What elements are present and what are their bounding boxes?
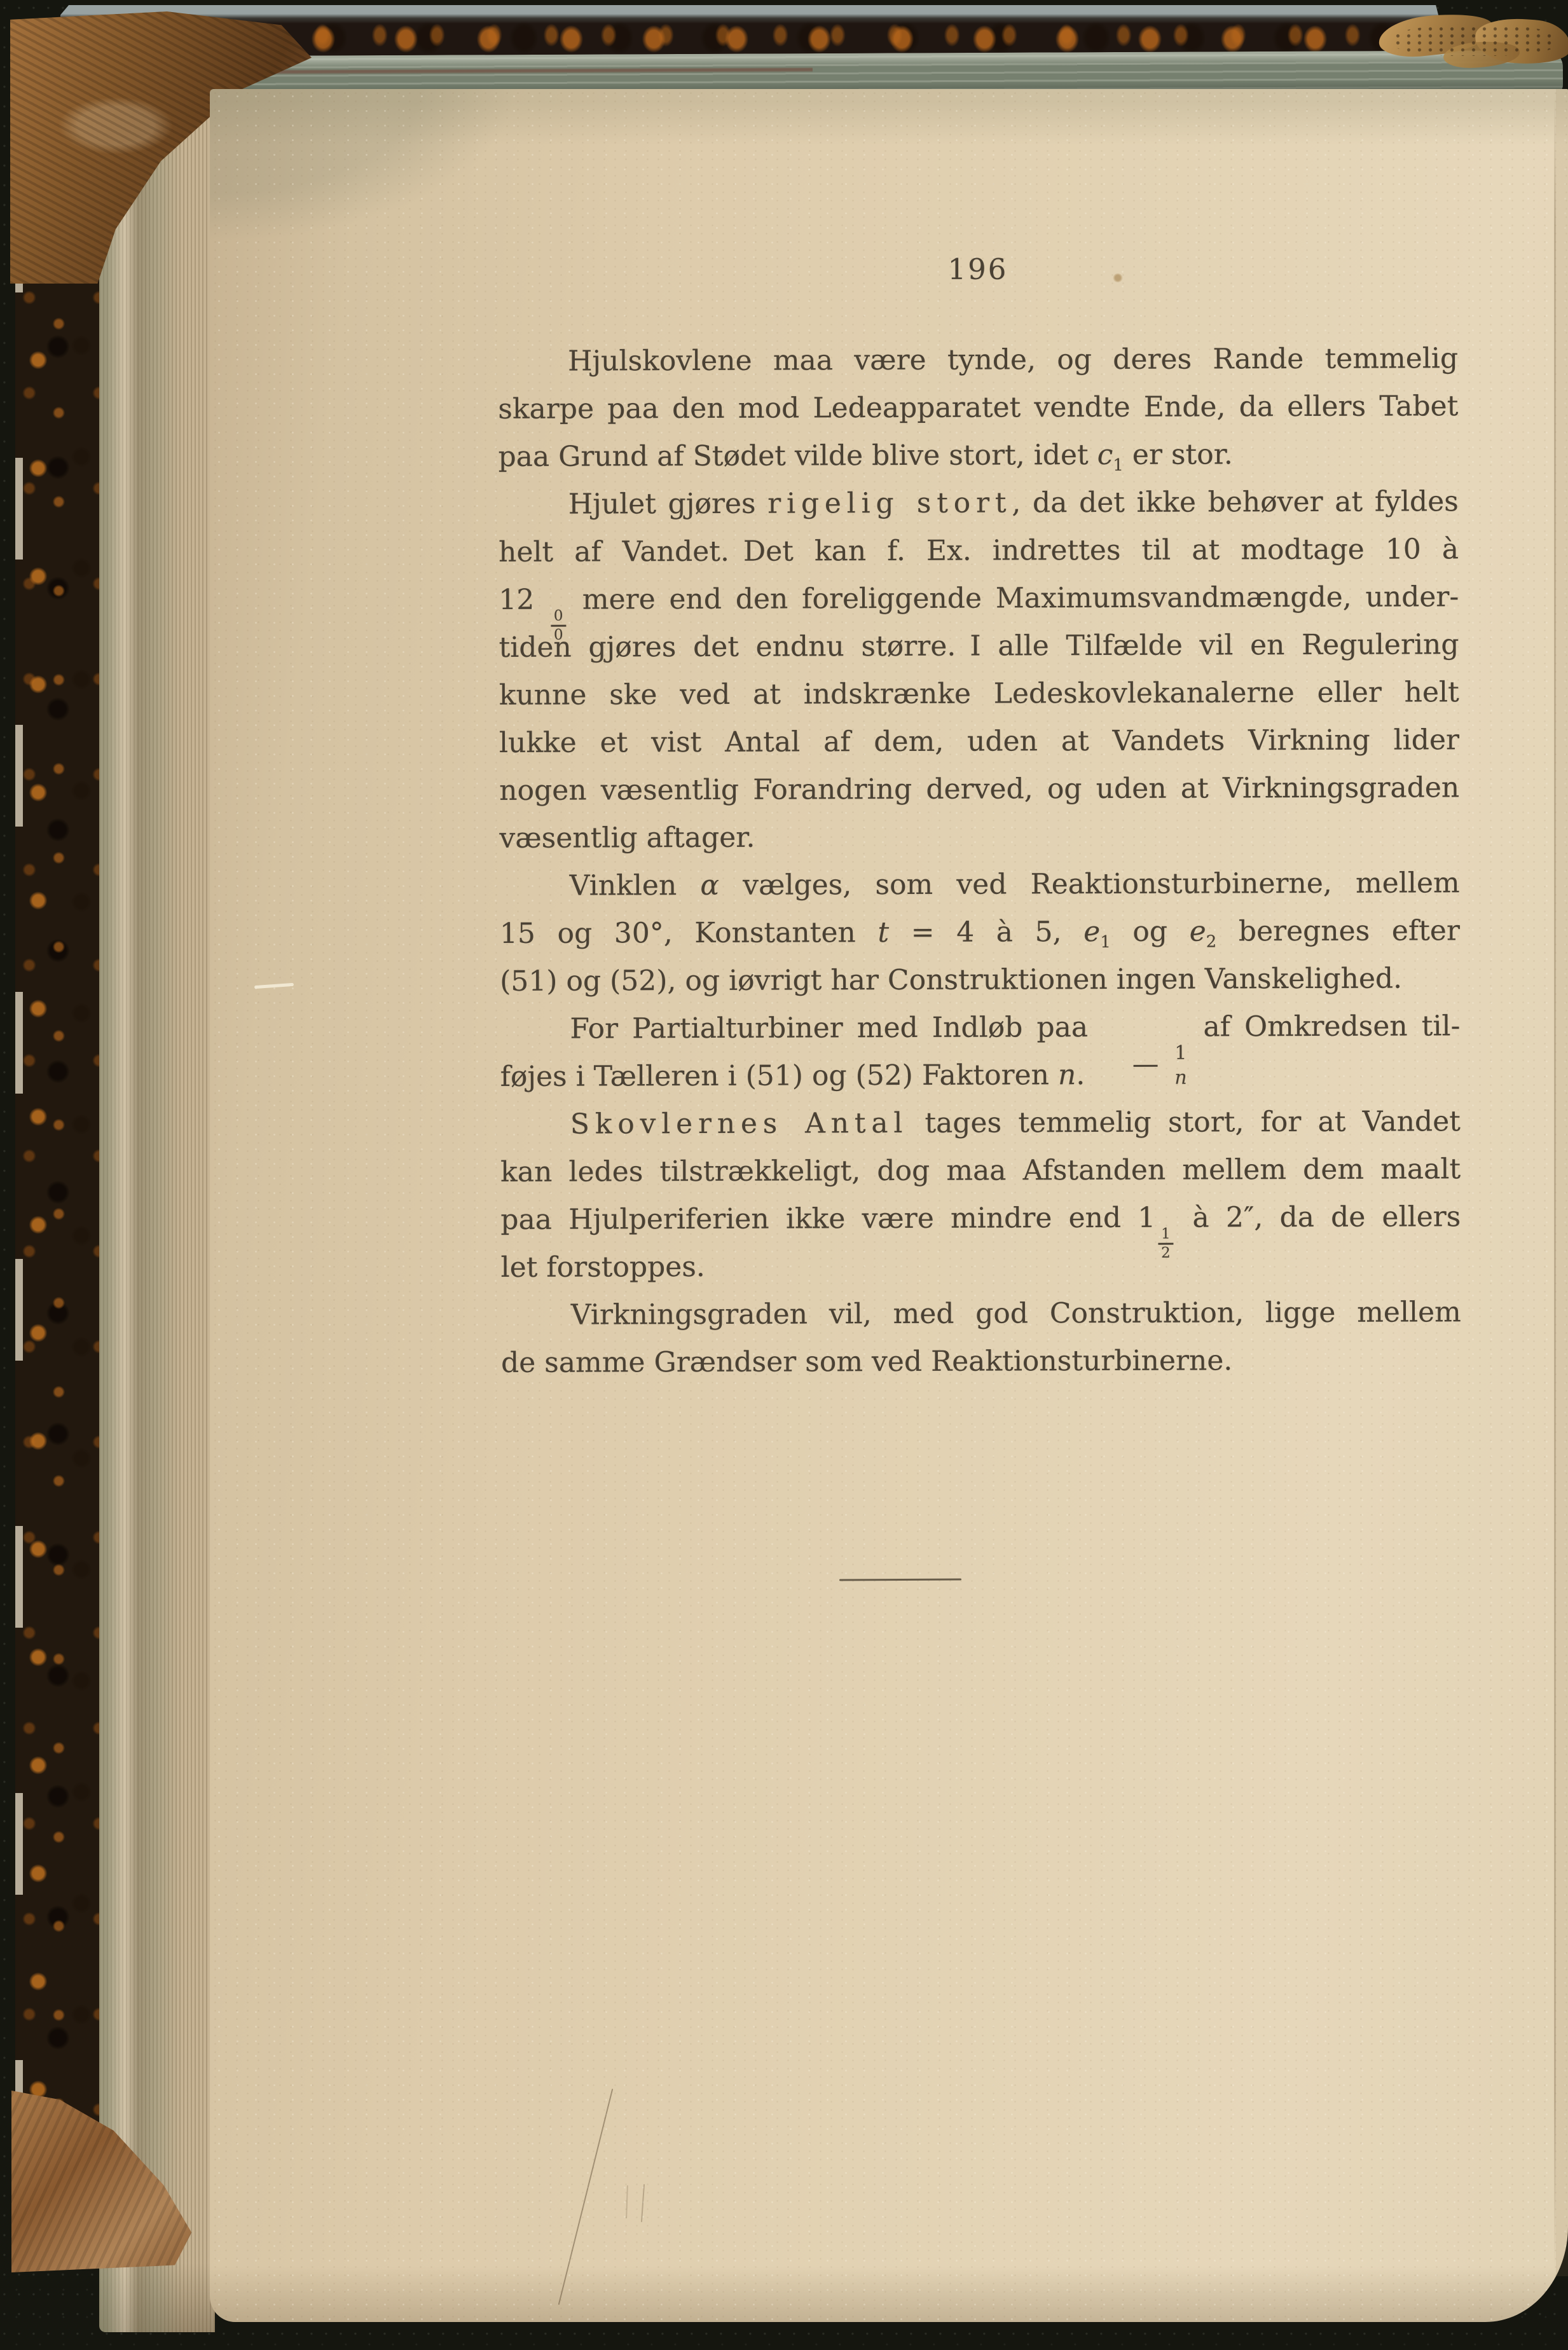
text-segment: tages temmelig stort, for at Vandet <box>908 1105 1461 1139</box>
text-segment: Skovlernes Antal <box>570 1107 909 1141</box>
page-edge-stack <box>99 51 215 2332</box>
text-segment: mere end den foreliggende Maximumsvandmæ… <box>568 581 1459 615</box>
text-segment: (51) og (52), og iøvrigt har Construktio… <box>500 963 1402 998</box>
text-segment: Hjulskovlene maa være tynde, og deres Ra… <box>568 342 1458 377</box>
text-line: Hjulskovlene maa være tynde, og deres Ra… <box>498 334 1458 385</box>
text-line: nogen væsentlig Forandring derved, og ud… <box>499 764 1459 814</box>
text-segment: Hjulet gjøres <box>568 488 768 521</box>
text-segment: beregnes efter <box>1216 914 1460 947</box>
text-segment: helt af Vandet. Det kan f. Ex. indrettes… <box>499 533 1459 568</box>
text-line: (51) og (52), og iøvrigt har Construktio… <box>500 954 1460 1005</box>
marbled-cover-edge <box>15 23 100 2261</box>
stacked-fraction: 12 <box>1158 1227 1173 1261</box>
paper-scratch <box>254 983 294 989</box>
text-segment: For Partialturbiner med Indløb paa <box>570 1011 1102 1045</box>
text-segment: og <box>1111 916 1190 948</box>
text-segment: 15 og 30°, Konstanten <box>500 916 878 950</box>
text-segment: lukke et vist Antal af dem, uden at Vand… <box>499 724 1459 759</box>
text-segment: t <box>877 916 889 949</box>
page-number: 196 <box>498 251 1458 289</box>
text-line: kan ledes tilstrækkeligt, dog maa Afstan… <box>500 1145 1461 1196</box>
text-segment: e <box>1190 916 1206 948</box>
text-segment: nogen væsentlig Forandring derved, og ud… <box>499 771 1459 807</box>
text-segment: de samme Grændser som ved Reaktionsturbi… <box>501 1344 1232 1379</box>
text-segment: Vinklen <box>570 869 701 902</box>
text-segment: Virkningsgraden vil, med god Construktio… <box>571 1296 1461 1331</box>
text-segment: er stor. <box>1124 438 1233 471</box>
text-segment: af Omkredsen til- <box>1189 1010 1460 1043</box>
text-segment: c <box>1097 439 1113 471</box>
text-segment: let forstoppes. <box>501 1251 705 1284</box>
text-segment: α <box>700 869 719 902</box>
text-line: 12 00 mere end den foreliggende Maximums… <box>499 573 1459 624</box>
text-line: paa Grund af Stødet vilde blive stort, i… <box>498 430 1458 481</box>
text-segment: vælges, som ved Reaktionsturbinerne, mel… <box>719 867 1460 902</box>
text-segment: tiden gjøres det endnu større. I alle Ti… <box>499 628 1459 664</box>
page-crease <box>641 2184 645 2222</box>
text-line: Vinklen α vælges, som ved Reaktionsturbi… <box>500 859 1460 910</box>
text-segment: væsentlig aftager. <box>499 821 755 855</box>
text-segment: à 2″, da de ellers <box>1176 1200 1461 1233</box>
text-line: skarpe paa den mod Ledeapparatet vendte … <box>498 382 1458 433</box>
scanner-background: { "page": { "number": "196", "has_divide… <box>0 0 1568 2350</box>
text-block: Hjulskovlene maa være tynde, og deres Ra… <box>498 334 1461 1387</box>
page-right-edge-line <box>1554 95 1556 2270</box>
text-segment: 1 <box>1100 933 1111 952</box>
text-line: lukke et vist Antal af dem, uden at Vand… <box>499 716 1459 767</box>
text-segment: 1 <box>1113 456 1124 475</box>
torn-binding-texture <box>1393 25 1558 56</box>
page-crease <box>558 2089 614 2305</box>
stacked-fraction: 1n <box>1104 1044 1187 1088</box>
text-segment: 2 <box>1206 932 1217 951</box>
page-crease <box>626 2185 628 2218</box>
text-line: tiden gjøres det endnu større. I alle Ti… <box>499 621 1459 671</box>
text-segment: e <box>1083 916 1100 948</box>
text-segment: kan ledes tilstrækkeligt, dog maa Afstan… <box>500 1153 1461 1188</box>
text-segment: paa Grund af Stødet vilde blive stort, i… <box>499 439 1097 473</box>
text-segment: kunne ske ved at indskrænke Ledeskovleka… <box>499 676 1459 711</box>
text-line: For Partialturbiner med Indløb paa 1n af… <box>500 1002 1460 1053</box>
text-line: 15 og 30°, Konstanten t = 4 à 5, e1 og e… <box>500 907 1460 958</box>
text-line: helt af Vandet. Det kan f. Ex. indrettes… <box>499 525 1459 576</box>
text-segment: paa Hjulperiferien ikke være mindre end … <box>500 1202 1155 1236</box>
text-segment: = 4 à 5, <box>889 916 1083 949</box>
text-line: kunne ske ved at indskrænke Ledeskovleka… <box>499 668 1459 719</box>
text-line: let forstoppes. <box>500 1240 1461 1291</box>
text-line: paa Hjulperiferien ikke være mindre end … <box>500 1193 1461 1244</box>
section-divider <box>839 1578 961 1581</box>
text-segment: skarpe paa den mod Ledeapparatet vendte … <box>498 390 1458 425</box>
text-segment: , da det ikke behøver at fyldes <box>1012 485 1459 519</box>
book-page: 196 Hjulskovlene maa være tynde, og dere… <box>210 89 1568 2322</box>
text-segment: 12 <box>499 584 548 616</box>
text-line: Hjulet gjøres rigelig stort, da det ikke… <box>499 478 1459 528</box>
text-segment: rigelig stort <box>767 486 1012 519</box>
text-line: væsentlig aftager. <box>499 811 1459 862</box>
text-line: de samme Grændser som ved Reaktionsturbi… <box>501 1336 1461 1387</box>
paper-stain <box>1113 273 1123 282</box>
text-line: Skovlernes Antal tages temmelig stort, f… <box>500 1097 1461 1148</box>
text-line: Virkningsgraden vil, med god Construktio… <box>501 1288 1461 1339</box>
page-right-edge-shade <box>1556 89 1568 2276</box>
cover-paper-lining-edge <box>15 191 23 2098</box>
text-line: føjes i Tælleren i (51) og (52) Faktoren… <box>500 1050 1461 1101</box>
text-segment: . <box>1076 1059 1085 1091</box>
text-segment: føjes i Tælleren i (51) og (52) Faktoren <box>500 1059 1058 1093</box>
text-segment: n <box>1058 1059 1076 1091</box>
